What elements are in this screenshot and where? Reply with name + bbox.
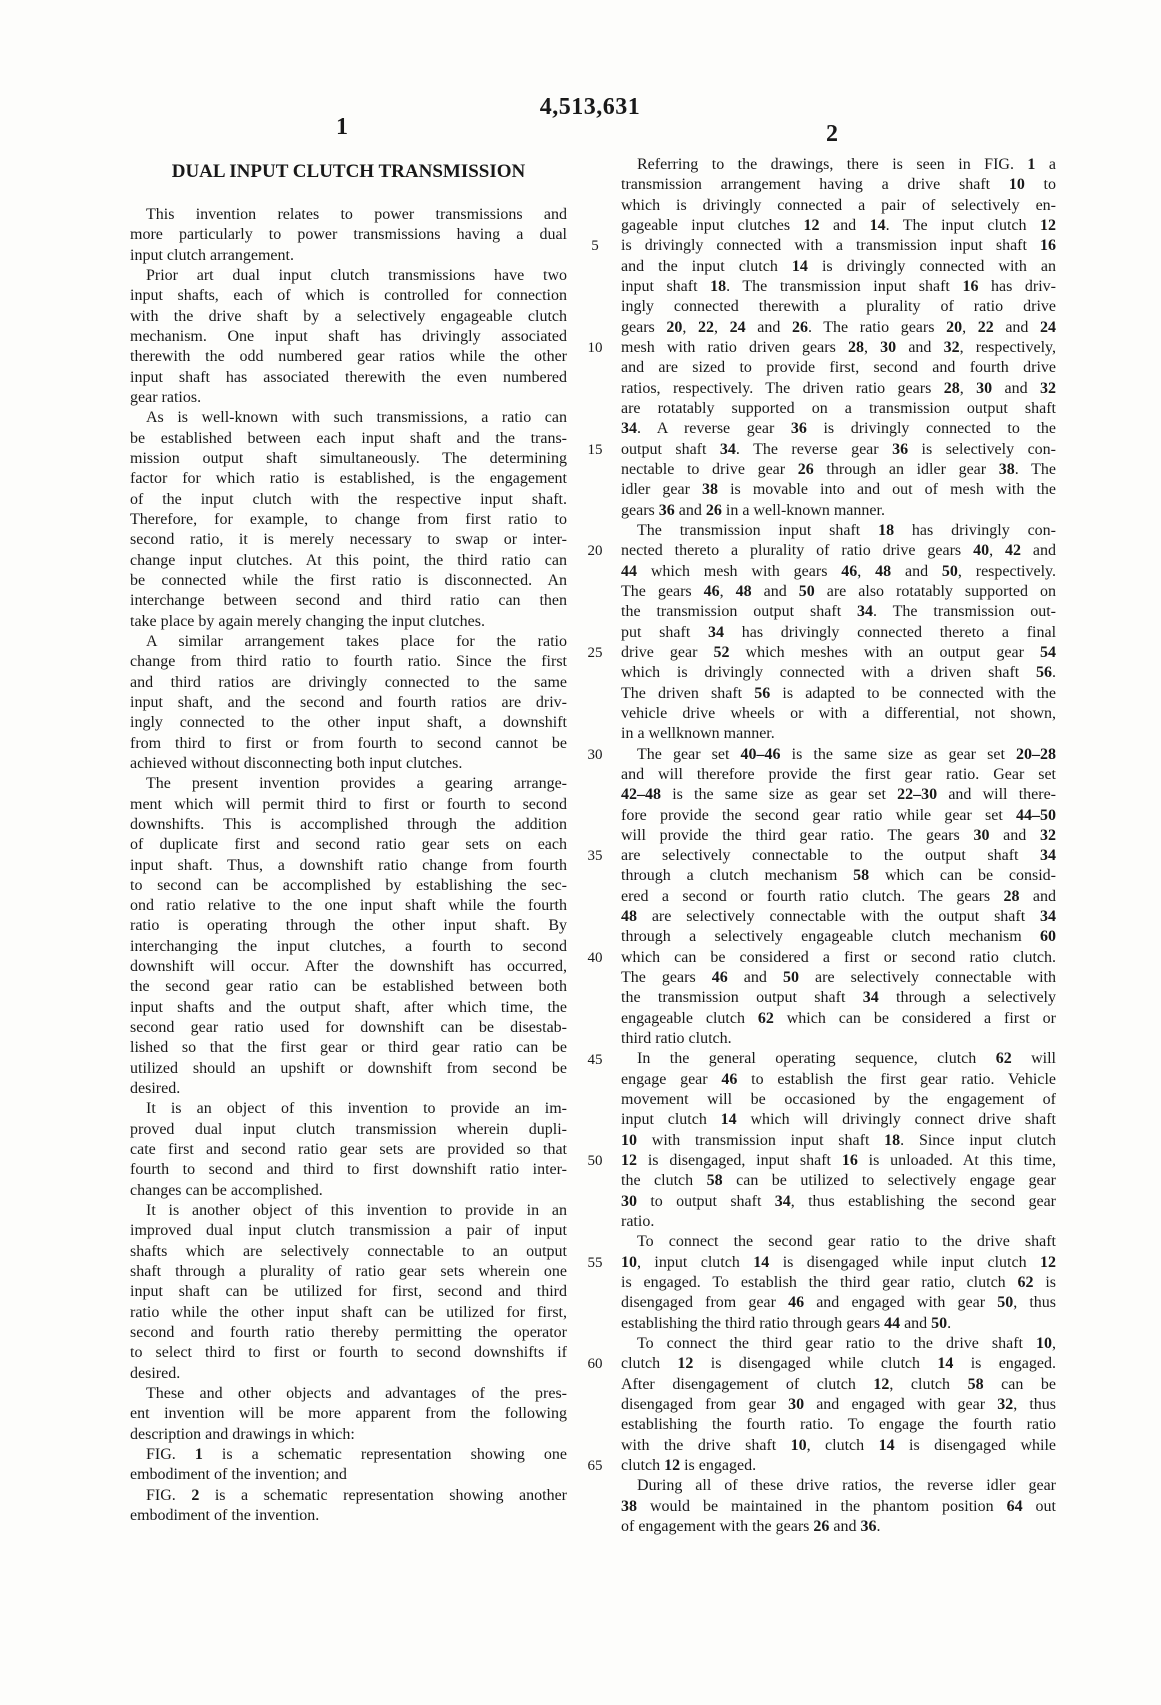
text-line: ratio is operating through the other inp…	[130, 916, 567, 936]
text-line: the clutch 58 can be utilized to selecti…	[621, 1171, 1056, 1191]
text-line: 44 which mesh with gears 46, 48 and 50, …	[621, 562, 1056, 582]
text-line: The driven shaft 56 is adapted to be con…	[621, 684, 1056, 704]
text-line: the transmission output shaft 34. The tr…	[621, 602, 1056, 622]
text-line: shafts which are selectively connectable…	[130, 1242, 567, 1262]
text-line: cate first and second ratio gear sets ar…	[130, 1140, 567, 1160]
text-line: lished so that the first gear or third g…	[130, 1038, 567, 1058]
text-line: disengaged from gear 46 and engaged with…	[621, 1293, 1056, 1313]
text-line: vehicle drive wheels or with a different…	[621, 704, 1056, 724]
text-line: gears 36 and 26 in a well-known manner.	[621, 501, 1056, 521]
text-line: downshift will occur. After the downshif…	[130, 957, 567, 977]
line-number: 25	[574, 643, 616, 663]
text-line: with the drive shaft by a selectively en…	[130, 307, 567, 327]
text-line: This invention relates to power transmis…	[130, 205, 567, 225]
text-line: mesh with ratio driven gears 28, 30 and …	[621, 338, 1056, 358]
text-line: output shaft 34. The reverse gear 36 is …	[621, 440, 1056, 460]
text-line: 12 is disengaged, input shaft 16 is unlo…	[621, 1151, 1056, 1171]
column-2-number: 2	[826, 121, 838, 148]
text-line: A similar arrangement takes place for th…	[130, 632, 567, 652]
text-line: ered a second or fourth ratio clutch. Th…	[621, 887, 1056, 907]
text-line: FIG. 1 is a schematic representation sho…	[130, 1445, 567, 1465]
text-line: 48 are selectively connectable with the …	[621, 907, 1056, 927]
text-line: nected thereto a plurality of ratio driv…	[621, 541, 1056, 561]
text-line: in a wellknown manner.	[621, 724, 1056, 744]
line-number: 35	[574, 846, 616, 866]
text-line: To connect the second gear ratio to the …	[621, 1232, 1056, 1252]
text-line: During all of these drive ratios, the re…	[621, 1476, 1056, 1496]
text-line: achieved without disconnecting both inpu…	[130, 754, 567, 774]
text-line: shaft through a plurality of ratio gear …	[130, 1262, 567, 1282]
line-number: 30	[574, 745, 616, 765]
text-line: will provide the third gear ratio. The g…	[621, 826, 1056, 846]
text-line: utilized should an upshift or downshift …	[130, 1059, 567, 1079]
right-column-text: Referring to the drawings, there is seen…	[621, 155, 1056, 1537]
text-line: with the drive shaft 10, clutch 14 is di…	[621, 1436, 1056, 1456]
text-line: therewith the odd numbered gear ratios w…	[130, 347, 567, 367]
text-line: FIG. 2 is a schematic representation sho…	[130, 1486, 567, 1506]
text-line: 30 to output shaft 34, thus establishing…	[621, 1192, 1056, 1212]
text-line: input shaft. Thus, a downshift ratio cha…	[130, 856, 567, 876]
text-line: fore provide the second gear ratio while…	[621, 806, 1056, 826]
left-column-text: This invention relates to power transmis…	[130, 205, 567, 1526]
text-line: ratio while the other input shaft can be…	[130, 1303, 567, 1323]
text-line: 38 would be maintained in the phantom po…	[621, 1497, 1056, 1517]
text-line: These and other objects and advantages o…	[130, 1384, 567, 1404]
text-line: input clutch 14 which will drivingly con…	[621, 1110, 1056, 1130]
text-line: The gear set 40–46 is the same size as g…	[621, 745, 1056, 765]
text-line: disengaged from gear 30 and engaged with…	[621, 1395, 1056, 1415]
text-line: ratio.	[621, 1212, 1056, 1232]
text-line: drive gear 52 which meshes with an outpu…	[621, 643, 1056, 663]
text-line: ment which will permit third to first or…	[130, 795, 567, 815]
column-1-number: 1	[336, 114, 348, 141]
text-line: through a selectively engageable clutch …	[621, 927, 1056, 947]
text-line: from third to first or from fourth to se…	[130, 734, 567, 754]
text-line: interchange between second and third rat…	[130, 591, 567, 611]
text-line: of engagement with the gears 26 and 36.	[621, 1517, 1056, 1537]
text-line: establishing the third ratio through gea…	[621, 1314, 1056, 1334]
text-line: is drivingly connected with a transmissi…	[621, 236, 1056, 256]
patent-page: 4,513,631 1 2 DUAL INPUT CLUTCH TRANSMIS…	[0, 0, 1161, 1705]
text-line: input clutch arrangement.	[130, 246, 567, 266]
text-line: transmission arrangement having a drive …	[621, 175, 1056, 195]
text-line: desired.	[130, 1079, 567, 1099]
text-line: which is drivingly connected a pair of s…	[621, 196, 1056, 216]
text-line: and the input clutch 14 is drivingly con…	[621, 257, 1056, 277]
text-line: It is an object of this invention to pro…	[130, 1099, 567, 1119]
line-number: 40	[574, 948, 616, 968]
text-line: of duplicate first and second ratio gear…	[130, 835, 567, 855]
text-line: clutch 12 is engaged.	[621, 1456, 1056, 1476]
text-line: and are sized to provide first, second a…	[621, 358, 1056, 378]
text-line: factor for which ratio is established, i…	[130, 469, 567, 489]
text-line: which can be considered a first or secon…	[621, 948, 1056, 968]
text-line: and third ratios are drivingly connected…	[130, 673, 567, 693]
text-line: 10, input clutch 14 is disengaged while …	[621, 1253, 1056, 1273]
text-line: interchanging the input clutches, a four…	[130, 937, 567, 957]
text-line: changes can be accomplished.	[130, 1181, 567, 1201]
text-line: change from third ratio to fourth ratio.…	[130, 652, 567, 672]
text-line: ratios, respectively. The driven ratio g…	[621, 379, 1056, 399]
invention-title: DUAL INPUT CLUTCH TRANSMISSION	[130, 161, 567, 183]
text-line: The gears 46 and 50 are selectively conn…	[621, 968, 1056, 988]
text-line: mechanism. One input shaft has drivingly…	[130, 327, 567, 347]
text-line: Therefore, for example, to change from f…	[130, 510, 567, 530]
text-line: proved dual input clutch transmission wh…	[130, 1120, 567, 1140]
text-line: clutch 12 is disengaged while clutch 14 …	[621, 1354, 1056, 1374]
text-line: input shaft has associated therewith the…	[130, 368, 567, 388]
text-line: ingly connected therewith a plurality of…	[621, 297, 1056, 317]
text-line: input shaft, and the second and fourth r…	[130, 693, 567, 713]
line-number: 45	[574, 1050, 616, 1070]
text-line: and will therefore provide the first gea…	[621, 765, 1056, 785]
text-line: 10 with transmission input shaft 18. Sin…	[621, 1131, 1056, 1151]
text-line: input shaft can be utilized for first, s…	[130, 1282, 567, 1302]
text-line: As is well-known with such transmissions…	[130, 408, 567, 428]
text-line: input shafts and the output shaft, after…	[130, 998, 567, 1018]
text-line: engageable clutch 62 which can be consid…	[621, 1009, 1056, 1029]
text-line: input shafts, each of which is controlle…	[130, 286, 567, 306]
text-line: gear ratios.	[130, 388, 567, 408]
text-line: the second gear ratio can be established…	[130, 977, 567, 997]
text-line: gageable input clutches 12 and 14. The i…	[621, 216, 1056, 236]
text-line: To connect the third gear ratio to the d…	[621, 1334, 1056, 1354]
text-line: of the input clutch with the respective …	[130, 490, 567, 510]
text-line: embodiment of the invention.	[130, 1506, 567, 1526]
text-line: downshifts. This is accomplished through…	[130, 815, 567, 835]
line-number: 60	[574, 1354, 616, 1374]
line-number: 55	[574, 1253, 616, 1273]
text-line: be established between each input shaft …	[130, 429, 567, 449]
line-number: 50	[574, 1151, 616, 1171]
text-line: put shaft 34 has drivingly connected the…	[621, 623, 1056, 643]
text-line: Prior art dual input clutch transmission…	[130, 266, 567, 286]
text-line: are rotatably supported on a transmissio…	[621, 399, 1056, 419]
text-line: improved dual input clutch transmission …	[130, 1221, 567, 1241]
text-line: ond ratio relative to the one input shaf…	[130, 896, 567, 916]
text-line: gears 20, 22, 24 and 26. The ratio gears…	[621, 318, 1056, 338]
text-line: be connected while the first ratio is di…	[130, 571, 567, 591]
text-line: is engaged. To establish the third gear …	[621, 1273, 1056, 1293]
text-line: change input clutches. At this point, th…	[130, 551, 567, 571]
line-number: 10	[574, 338, 616, 358]
text-line: more particularly to power transmissions…	[130, 225, 567, 245]
line-number: 5	[574, 236, 616, 256]
text-line: second gear ratio used for downshift can…	[130, 1018, 567, 1038]
text-line: description and drawings in which:	[130, 1425, 567, 1445]
text-line: engage gear 46 to establish the first ge…	[621, 1070, 1056, 1090]
text-line: desired.	[130, 1364, 567, 1384]
text-line: take place by again merely changing the …	[130, 612, 567, 632]
text-line: to select third to first or fourth to se…	[130, 1343, 567, 1363]
line-number: 20	[574, 541, 616, 561]
text-line: nectable to drive gear 26 through an idl…	[621, 460, 1056, 480]
text-line: second and fourth ratio thereby permitti…	[130, 1323, 567, 1343]
text-line: fourth to second and third to first down…	[130, 1160, 567, 1180]
text-line: mission output shaft simultaneously. The…	[130, 449, 567, 469]
text-line: The gears 46, 48 and 50 are also rotatab…	[621, 582, 1056, 602]
text-line: input shaft 18. The transmission input s…	[621, 277, 1056, 297]
text-line: second ratio, it is merely necessary to …	[130, 530, 567, 550]
text-line: are selectively connectable to the outpu…	[621, 846, 1056, 866]
text-line: through a clutch mechanism 58 which can …	[621, 866, 1056, 886]
text-line: movement will be occasioned by the engag…	[621, 1090, 1056, 1110]
text-line: The transmission input shaft 18 has driv…	[621, 521, 1056, 541]
text-line: idler gear 38 is movable into and out of…	[621, 480, 1056, 500]
text-line: After disengagement of clutch 12, clutch…	[621, 1375, 1056, 1395]
text-line: ent invention will be more apparent from…	[130, 1404, 567, 1424]
text-line: which is drivingly connected with a driv…	[621, 663, 1056, 683]
line-number: 15	[574, 440, 616, 460]
text-line: It is another object of this invention t…	[130, 1201, 567, 1221]
text-line: Referring to the drawings, there is seen…	[621, 155, 1056, 175]
text-line: establishing the fourth ratio. To engage…	[621, 1415, 1056, 1435]
text-line: third ratio clutch.	[621, 1029, 1056, 1049]
text-line: the transmission output shaft 34 through…	[621, 988, 1056, 1008]
text-line: ingly connected to the other input shaft…	[130, 713, 567, 733]
line-number: 65	[574, 1456, 616, 1476]
text-line: The present invention provides a gearing…	[130, 774, 567, 794]
text-line: 42–48 is the same size as gear set 22–30…	[621, 785, 1056, 805]
text-line: embodiment of the invention; and	[130, 1465, 567, 1485]
text-line: to second can be accomplished by establi…	[130, 876, 567, 896]
text-line: In the general operating sequence, clutc…	[621, 1049, 1056, 1069]
text-line: 34. A reverse gear 36 is drivingly conne…	[621, 419, 1056, 439]
patent-number: 4,513,631	[540, 94, 641, 121]
